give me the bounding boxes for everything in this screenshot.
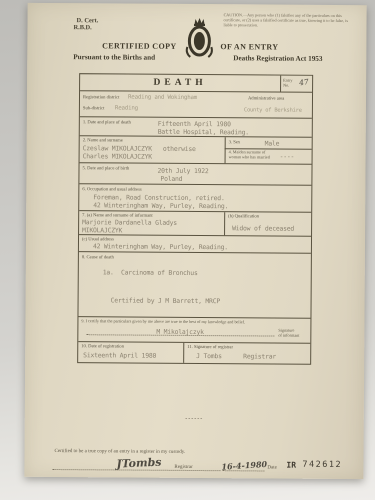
administrative-area-label: Administrative area	[248, 95, 284, 101]
field8-label: 8. Cause of death	[82, 254, 114, 260]
death-header: DEATH	[80, 77, 280, 88]
subtitle-act: Deaths Registration Act 1953	[233, 54, 322, 63]
field7b-label: (b) Qualification	[228, 213, 259, 219]
photo-background: D. Cert. R.B.D. CAUTION.—Any person who …	[0, 0, 375, 500]
entry-no-value: 47	[299, 77, 310, 87]
separator-dashes: ------	[25, 415, 364, 423]
field10-value: Sixteenth April 1980	[83, 351, 156, 360]
field9-signature: M Mikolajczyk	[156, 328, 203, 337]
field7c-label: (c) Usual address	[82, 236, 114, 242]
subtitle-pursuant: Pursuant to the Births and	[73, 53, 155, 62]
field2-label: 2. Name and surname	[83, 137, 123, 143]
field6-row: 6. Occupation and usual address Foreman,…	[79, 184, 311, 213]
registrar-signature-handwritten: JTombs	[116, 456, 162, 471]
field7a-label: 7. (a) Name and surname of informant	[82, 212, 153, 218]
field7a-value-line2: MIKOLAJCZYK	[82, 226, 122, 235]
death-certificate-document: D. Cert. R.B.D. CAUTION.—Any person who …	[24, 3, 366, 479]
field5-row: 5. Date and place of birth 20th July 192…	[79, 163, 311, 186]
field9-label: 9. I certify that the particulars given …	[81, 319, 307, 325]
entry-no-label: Entry No.	[283, 79, 297, 89]
date-label: Date	[267, 466, 276, 471]
sub-district-value: Reading	[115, 105, 138, 111]
field1-row: 1. Date and place of death Fifteenth Apr…	[80, 117, 312, 138]
field4-value: ----	[280, 153, 295, 162]
field1-label: 1. Date and place of death	[83, 119, 151, 125]
registration-district-label: Registration district	[83, 94, 119, 100]
sub-district-label: Sub-district	[83, 105, 104, 111]
field2-value-line2: Charles MIKOLAJCZYK	[83, 152, 152, 161]
field6-label: 6. Occupation and usual address	[82, 186, 141, 192]
field5-value-line2: Poland	[160, 175, 182, 184]
field9-note-line2: of informant	[278, 334, 308, 339]
title-of-an-entry: OF AN ENTRY	[220, 42, 278, 51]
serial-number: 742612	[302, 460, 342, 470]
registrar-label: Registrar	[174, 465, 192, 470]
death-entry-form: DEATH Entry No. 47 Registration district…	[77, 73, 313, 365]
field6-value-line2: 42 Winteringham Way, Purley, Reading.	[93, 201, 228, 210]
field10-11-row: 10. Date of registration Sixteenth April…	[78, 342, 310, 364]
field10-label: 10. Date of registration	[81, 343, 124, 349]
field7c-value: 42 Winteringham Way, Purley, Reading.	[93, 242, 228, 251]
footer-certify-text: Certified to be a true copy of an entry …	[55, 449, 186, 455]
field11-title: Registrar	[243, 352, 276, 361]
serial-prefix: IR	[286, 461, 296, 470]
caution-notice: CAUTION.—Any person who (1) falsifies an…	[223, 13, 355, 29]
field11-value: J Tombs	[196, 352, 222, 361]
field7ab-row: 7. (a) Name and surname of informant Mar…	[79, 211, 311, 237]
field9-row: 9. I certify that the particulars given …	[78, 317, 310, 344]
administrative-area-value: County of Berkshire	[244, 107, 302, 113]
field8-value-line2: Certified by J M Barrett, MRCP	[111, 296, 220, 305]
field5-label: 5. Date and place of birth	[82, 165, 150, 171]
title-certified-copy: CERTIFIED COPY	[95, 41, 183, 51]
field3-value: Male	[265, 139, 280, 148]
field2-3-4-row: 2. Name and surname Czeslaw MIKOLAJCZYK …	[80, 136, 312, 165]
registration-district-value: Reading and Wokingham	[128, 95, 197, 101]
field7c-row: (c) Usual address 42 Winteringham Way, P…	[79, 235, 311, 254]
document-code: D. Cert. R.B.D.	[73, 17, 98, 31]
field3-label: 3. Sex	[229, 139, 241, 144]
field7b-value: Widow of deceased	[232, 224, 294, 233]
field11-label: 11. Signature of registrar	[187, 344, 233, 350]
royal-coat-of-arms-icon	[184, 17, 214, 61]
field4-label: 4. Maiden surname of woman who has marri…	[229, 150, 273, 160]
death-header-row: DEATH Entry No. 47	[80, 74, 312, 93]
district-row: Registration district Reading and Woking…	[80, 91, 312, 119]
field8-value-line1: 1a. Carcinoma of Bronchus	[103, 268, 198, 277]
field1-value-line2: Battle Hospital, Reading.	[158, 128, 249, 137]
doc-code-line2: R.B.D.	[73, 24, 98, 31]
field8-row: 8. Cause of death 1a. Carcinoma of Bronc…	[78, 252, 310, 319]
